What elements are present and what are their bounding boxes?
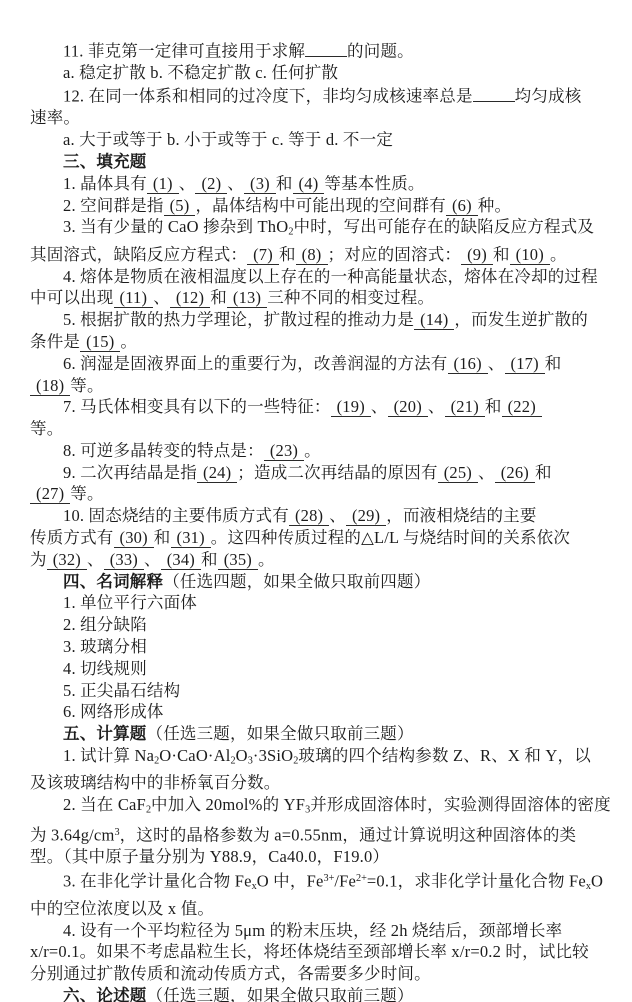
blank-field: (13) <box>227 288 267 308</box>
doc-text: 3. 当有少量的 CaO 掺杂到 ThO <box>63 217 288 236</box>
doc-line: (27)等。 <box>30 483 614 505</box>
doc-line: 4. 设有一个平均粒径为 5μm 的粉末压块，经 2h 烧结后，颈部增长率 <box>30 920 614 942</box>
doc-line: 4. 熔体是物质在液相温度以上存在的一种高能量状态，熔体在冷却的过程 <box>30 266 614 288</box>
blank-underline <box>305 39 347 57</box>
doc-text: O·CaO·Al <box>159 746 230 765</box>
doc-line: 1. 试计算 Na2O·CaO·Al2O3·3SiO2玻璃的四个结构参数 Z、R… <box>30 745 614 772</box>
doc-text: 3. 在非化学计量化合物 Fe <box>63 871 252 890</box>
doc-text: 、 <box>87 550 104 569</box>
doc-line: 等。 <box>30 418 614 440</box>
doc-text: 。这四种传质过程的△L/L 与烧结时间的关系依次 <box>211 528 570 547</box>
blank-field: (25) <box>438 463 478 483</box>
doc-text: 6. 润湿是固液界面上的重要行为，改善润湿的方法有 <box>63 354 448 373</box>
section-heading: 四、名词解释 <box>63 572 163 591</box>
doc-line: 9. 二次再结晶是指(24)；造成二次再结晶的原因有(25)、(26)和 <box>30 462 614 484</box>
blank-field: (31) <box>171 528 211 548</box>
doc-line: 速率。 <box>30 107 614 129</box>
doc-line: 型。（其中原子量分别为 Y88.9，Ca40.0，F19.0） <box>30 846 614 868</box>
doc-text: 1. 试计算 Na <box>63 746 154 765</box>
doc-text: 其固溶式，缺陷反应方程式： <box>30 245 247 264</box>
doc-text: 等。 <box>70 484 103 503</box>
doc-line: 四、名词解释（任选四题，如果全做只取前四题） <box>30 571 614 593</box>
doc-text: （任选四题，如果全做只取前四题） <box>163 572 430 591</box>
doc-text: 条件是 <box>30 332 80 351</box>
blank-field: (2) <box>195 174 227 194</box>
doc-text: 、 <box>428 397 445 416</box>
doc-line: 4. 切线规则 <box>30 658 614 680</box>
doc-line: 3. 当有少量的 CaO 掺杂到 ThO2中时，写出可能存在的缺陷反应方程式及 <box>30 216 614 243</box>
blank-field: (28) <box>289 506 329 526</box>
doc-text: 4. 熔体是物质在液相温度以上存在的一种高能量状态，熔体在冷却的过程 <box>63 267 598 286</box>
blank-field: (9) <box>461 245 493 265</box>
doc-text: 和 <box>545 354 562 373</box>
doc-line: 2. 空间群是指(5)，晶体结构中可能出现的空间群有(6)种。 <box>30 195 614 217</box>
doc-line: 3. 在非化学计量化合物 FexO 中，Fe3+/Fe2+=0.1，求非化学计量… <box>30 868 614 898</box>
doc-text: 等。 <box>70 376 103 395</box>
doc-text: 三种不同的相变过程。 <box>267 288 434 307</box>
doc-text: 、 <box>153 288 170 307</box>
doc-text: 8. 可逆多晶转变的特点是： <box>63 441 264 460</box>
doc-line: a. 稳定扩散 b. 不稳定扩散 c. 任何扩散 <box>30 62 614 84</box>
doc-text: 1. 晶体具有 <box>63 174 147 193</box>
doc-text: 和 <box>154 528 171 547</box>
doc-text: 4. 设有一个平均粒径为 5μm 的粉末压块，经 2h 烧结后，颈部增长率 <box>63 921 562 940</box>
chem-superscript: 3+ <box>323 873 334 884</box>
doc-text: 、 <box>488 354 505 373</box>
blank-field: (35) <box>218 550 258 570</box>
doc-line: 7. 马氏体相变具有以下的一些特征：(19)、(20)、(21)和(22) <box>30 396 614 418</box>
doc-text: 和 <box>276 174 293 193</box>
doc-line: 六、论述题（任选三题，如果全做只取前三题） <box>30 985 614 1002</box>
doc-line: 其固溶式，缺陷反应方程式：(7)和(8)；对应的固溶式：(9)和(10)。 <box>30 244 614 266</box>
doc-text: ；对应的固溶式： <box>328 245 462 264</box>
doc-text: 和 <box>493 245 510 264</box>
doc-text: 7. 马氏体相变具有以下的一些特征： <box>63 397 331 416</box>
doc-line: 12. 在同一体系和相同的过冷度下，非均匀成核速率总是均匀成核 <box>30 84 614 107</box>
doc-text: 5. 根据扩散的热力学理论，扩散过程的推动力是 <box>63 310 414 329</box>
doc-line: 中的空位浓度以及 x 值。 <box>30 898 614 920</box>
doc-line: a. 大于或等于 b. 小于或等于 c. 等于 d. 不一定 <box>30 129 614 151</box>
blank-field: (8) <box>296 245 328 265</box>
doc-line: 2. 组分缺陷 <box>30 614 614 636</box>
blank-field: (7) <box>247 245 279 265</box>
doc-text: 12. 在同一体系和相同的过冷度下，非均匀成核速率总是 <box>63 87 473 106</box>
blank-field: (6) <box>446 196 478 216</box>
doc-text: 和 <box>210 288 227 307</box>
blank-field: (20) <box>388 397 428 417</box>
doc-text: 、 <box>478 463 495 482</box>
doc-text: 等。 <box>30 419 63 438</box>
doc-text: 种。 <box>478 196 511 215</box>
doc-line: 3. 玻璃分相 <box>30 636 614 658</box>
doc-text: 1. 单位平行六面体 <box>63 593 197 612</box>
blank-field: (12) <box>170 288 210 308</box>
doc-text: 、 <box>227 174 244 193</box>
doc-text: 9. 二次再结晶是指 <box>63 463 197 482</box>
doc-text: O <box>236 746 248 765</box>
doc-line: 传质方式有(30)和(31)。这四种传质过程的△L/L 与烧结时间的关系依次 <box>30 527 614 549</box>
blank-field: (17) <box>505 354 545 374</box>
doc-text: x/r=0.1。如果不考虑晶粒生长，将坯体烧结至颈部增长率 x/r=0.2 时，… <box>30 942 589 961</box>
doc-text: 等基本性质。 <box>324 174 424 193</box>
doc-text: 中加入 20mol%的 YF <box>151 795 305 814</box>
doc-text: 。 <box>120 332 137 351</box>
doc-line: 6. 网络形成体 <box>30 701 614 723</box>
blank-field: (10) <box>510 245 550 265</box>
blank-field: (30) <box>114 528 154 548</box>
doc-text: ，这时的晶格参数为 a=0.55nm，通过计算说明这种固溶体的类 <box>120 825 577 844</box>
doc-text: （任选三题，如果全做只取前三题） <box>147 724 414 743</box>
chem-superscript: 2+ <box>356 873 367 884</box>
blank-field: (4) <box>293 174 325 194</box>
doc-text: 3. 玻璃分相 <box>63 637 147 656</box>
doc-text: /Fe <box>334 871 356 890</box>
doc-line: x/r=0.1。如果不考虑晶粒生长，将坯体烧结至颈部增长率 x/r=0.2 时，… <box>30 941 614 963</box>
doc-text: a. 大于或等于 b. 小于或等于 c. 等于 d. 不一定 <box>63 130 393 149</box>
doc-text: 和 <box>279 245 296 264</box>
blank-field: (22) <box>502 397 542 417</box>
doc-line: 为(32)、(33)、(34)和(35)。 <box>30 549 614 571</box>
doc-text: 、 <box>144 550 161 569</box>
doc-line: 2. 当在 CaF2中加入 20mol%的 YF3并形成固溶体时，实验测得固溶体… <box>30 794 614 821</box>
doc-text: O 中，Fe <box>257 871 324 890</box>
doc-text: 型。（其中原子量分别为 Y88.9，Ca40.0，F19.0） <box>30 847 389 866</box>
doc-line: 5. 正尖晶石结构 <box>30 680 614 702</box>
doc-text: 。 <box>304 441 321 460</box>
doc-text: ；造成二次再结晶的原因有 <box>237 463 437 482</box>
doc-line: 五、计算题（任选三题，如果全做只取前三题） <box>30 723 614 745</box>
blank-field: (1) <box>147 174 179 194</box>
blank-field: (26) <box>495 463 535 483</box>
blank-field: (11) <box>114 288 154 308</box>
doc-text: =0.1，求非化学计量化合物 Fe <box>367 871 586 890</box>
doc-line: 1. 单位平行六面体 <box>30 592 614 614</box>
doc-text: 速率。 <box>30 108 80 127</box>
blank-field: (34) <box>161 550 201 570</box>
doc-text: 均匀成核 <box>515 87 582 106</box>
blank-field: (24) <box>197 463 237 483</box>
doc-line: 1. 晶体具有(1)、(2)、(3)和(4)等基本性质。 <box>30 173 614 195</box>
doc-text: 中可以出现 <box>30 288 114 307</box>
doc-text: ，而液相烧结的主要 <box>386 506 536 525</box>
doc-text: O <box>591 871 603 890</box>
doc-text: 、 <box>179 174 196 193</box>
doc-text: 并形成固溶体时，实验测得固溶体的密度 <box>310 795 611 814</box>
doc-text: 2. 空间群是指 <box>63 196 164 215</box>
doc-text: 、 <box>329 506 346 525</box>
doc-text: 5. 正尖晶石结构 <box>63 681 180 700</box>
doc-line: 及该玻璃结构中的非桥氧百分数。 <box>30 772 614 794</box>
section-heading: 五、计算题 <box>63 724 147 743</box>
exam-page-scan: 11. 菲克第一定律可直接用于求解的问题。a. 稳定扩散 b. 不稳定扩散 c.… <box>0 0 632 1002</box>
blank-field: (19) <box>331 397 371 417</box>
doc-text: 中的空位浓度以及 x 值。 <box>30 899 214 918</box>
doc-line: 6. 润湿是固液界面上的重要行为，改善润湿的方法有(16)、(17)和 <box>30 353 614 375</box>
blank-field: (23) <box>264 441 304 461</box>
blank-field: (15) <box>80 332 120 352</box>
doc-text: ，而发生逆扩散的 <box>454 310 588 329</box>
doc-text: 2. 组分缺陷 <box>63 615 147 634</box>
doc-text: 。 <box>550 245 567 264</box>
doc-line: 分别通过扩散传质和流动传质方式，各需要多少时间。 <box>30 963 614 985</box>
doc-text: 10. 固态烧结的主要伟质方式有 <box>63 506 289 525</box>
section-heading: 六、论述题 <box>63 986 147 1002</box>
blank-field: (33) <box>104 550 144 570</box>
doc-text: （任选三题，如果全做只取前三题） <box>147 986 414 1002</box>
doc-line: (18)等。 <box>30 375 614 397</box>
doc-text: 、 <box>371 397 388 416</box>
doc-text: 为 <box>30 550 47 569</box>
blank-field: (14) <box>414 310 454 330</box>
doc-text: 的问题。 <box>347 42 414 61</box>
doc-text: 为 3.64g/cm <box>30 825 115 844</box>
blank-underline <box>473 84 515 102</box>
doc-line: 三、填充题 <box>30 151 614 173</box>
doc-text: 4. 切线规则 <box>63 659 147 678</box>
exam-document: 11. 菲克第一定律可直接用于求解的问题。a. 稳定扩散 b. 不稳定扩散 c.… <box>0 0 632 1002</box>
doc-line: 5. 根据扩散的热力学理论，扩散过程的推动力是(14)，而发生逆扩散的 <box>30 309 614 331</box>
section-heading: 三、填充题 <box>63 152 147 171</box>
doc-text: 玻璃的四个结构参数 Z、R、X 和 Y，以 <box>298 746 591 765</box>
doc-text: 和 <box>201 550 218 569</box>
doc-text: 2. 当在 CaF <box>63 795 146 814</box>
doc-text: 传质方式有 <box>30 528 114 547</box>
doc-line: 10. 固态烧结的主要伟质方式有(28)、(29)，而液相烧结的主要 <box>30 505 614 527</box>
doc-text: 和 <box>485 397 502 416</box>
blank-field: (5) <box>164 196 196 216</box>
doc-text: a. 稳定扩散 b. 不稳定扩散 c. 任何扩散 <box>63 63 338 82</box>
blank-field: (16) <box>448 354 488 374</box>
blank-field: (32) <box>47 550 87 570</box>
doc-text: 中时，写出可能存在的缺陷反应方程式及 <box>293 217 594 236</box>
doc-text: 11. 菲克第一定律可直接用于求解 <box>63 42 305 61</box>
blank-field: (21) <box>445 397 485 417</box>
doc-line: 条件是(15)。 <box>30 331 614 353</box>
doc-text: 6. 网络形成体 <box>63 702 164 721</box>
doc-line: 中可以出现(11)、(12)和(13)三种不同的相变过程。 <box>30 287 614 309</box>
doc-line: 为 3.64g/cm3，这时的晶格参数为 a=0.55nm，通过计算说明这种固溶… <box>30 822 614 846</box>
blank-field: (3) <box>244 174 276 194</box>
blank-field: (18) <box>30 376 70 396</box>
doc-text: ·3SiO <box>253 746 293 765</box>
blank-field: (27) <box>30 484 70 504</box>
doc-line: 8. 可逆多晶转变的特点是：(23)。 <box>30 440 614 462</box>
doc-text: 分别通过扩散传质和流动传质方式，各需要多少时间。 <box>30 964 431 983</box>
doc-text: 。 <box>258 550 275 569</box>
blank-field: (29) <box>346 506 386 526</box>
doc-text: 及该玻璃结构中的非桥氧百分数。 <box>30 773 281 792</box>
doc-text: 和 <box>535 463 552 482</box>
doc-text: ，晶体结构中可能出现的空间群有 <box>195 196 446 215</box>
doc-line: 11. 菲克第一定律可直接用于求解的问题。 <box>30 39 614 62</box>
